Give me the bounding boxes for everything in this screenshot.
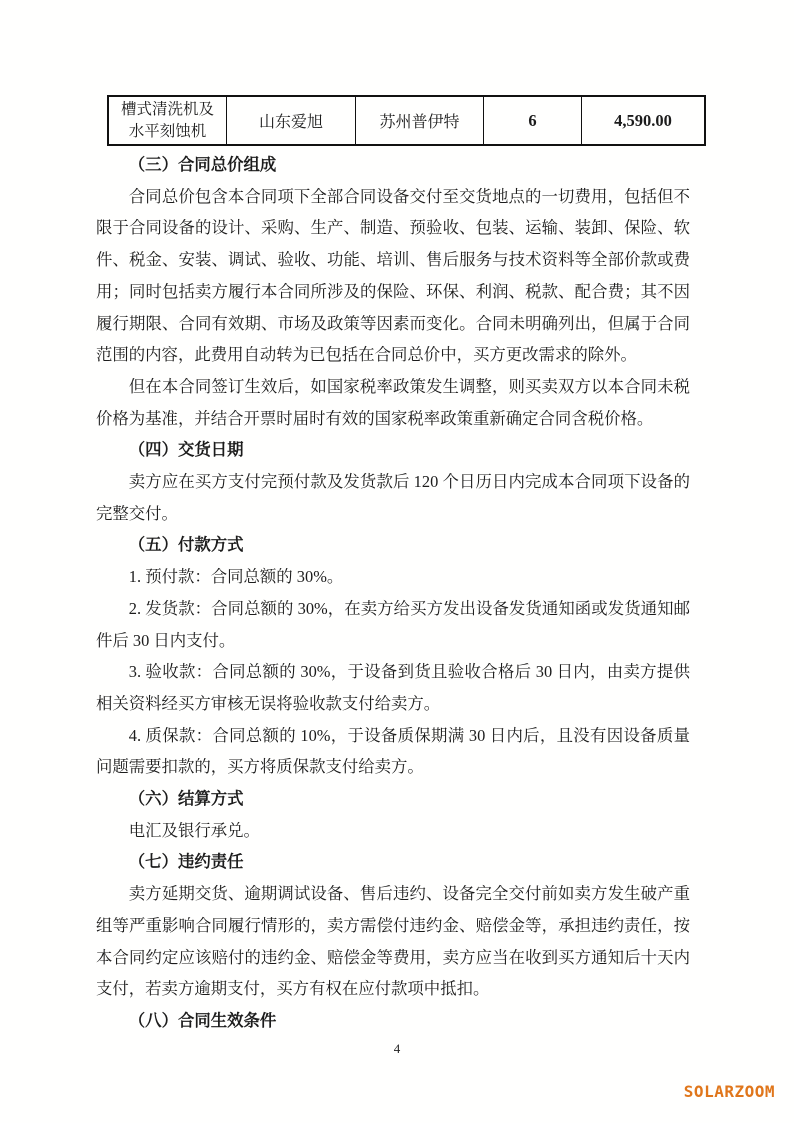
payment-item-acceptance: 3. 验收款：合同总额的 30%，于设备到货且验收合格后 30 日内，由卖方提供… <box>96 656 690 719</box>
contract-body-text: （三）合同总价组成 合同总价包含本合同项下全部合同设备交付至交货地点的一切费用，… <box>96 149 690 1037</box>
paragraph-settlement: 电汇及银行承兑。 <box>96 815 690 847</box>
equipment-continuation-table: 槽式清洗机及 水平刻蚀机 山东爱旭 苏州普伊特 6 4,590.00 <box>107 95 706 146</box>
table-cell-quantity: 6 <box>484 96 582 145</box>
table-cell-amount: 4,590.00 <box>582 96 706 145</box>
device-name-line1: 槽式清洗机及 <box>121 101 214 118</box>
payment-item-advance: 1. 预付款：合同总额的 30%。 <box>96 561 690 593</box>
solarzoom-watermark: SOLARZOOM <box>684 1082 775 1101</box>
section-heading-delivery-date: （四）交货日期 <box>96 434 690 466</box>
section-heading-payment-terms: （五）付款方式 <box>96 529 690 561</box>
table-cell-device-name: 槽式清洗机及 水平刻蚀机 <box>108 96 227 145</box>
section-heading-total-price: （三）合同总价组成 <box>96 149 690 181</box>
paragraph-total-price-1: 合同总价包含本合同项下全部合同设备交付至交货地点的一切费用，包括但不限于合同设备… <box>96 181 690 371</box>
table-cell-buyer: 山东爱旭 <box>227 96 356 145</box>
contract-document-page: 槽式清洗机及 水平刻蚀机 山东爱旭 苏州普伊特 6 4,590.00 （三）合同… <box>0 0 794 1123</box>
table-cell-seller: 苏州普伊特 <box>356 96 484 145</box>
section-heading-settlement: （六）结算方式 <box>96 783 690 815</box>
paragraph-delivery-date: 卖方应在买方支付完预付款及发货款后 120 个日历日内完成本合同项下设备的完整交… <box>96 466 690 529</box>
payment-item-warranty: 4. 质保款：合同总额的 10%，于设备质保期满 30 日内后，且没有因设备质量… <box>96 720 690 783</box>
paragraph-total-price-2: 但在本合同签订生效后，如国家税率政策发生调整，则买卖双方以本合同未税价格为基准，… <box>96 371 690 434</box>
section-heading-effectiveness: （八）合同生效条件 <box>96 1005 690 1037</box>
table-row: 槽式清洗机及 水平刻蚀机 山东爱旭 苏州普伊特 6 4,590.00 <box>108 96 705 145</box>
page-number: 4 <box>0 1041 794 1057</box>
paragraph-breach-liability: 卖方延期交货、逾期调试设备、售后违约、设备完全交付前如卖方发生破产重组等严重影响… <box>96 878 690 1005</box>
device-name-line2: 水平刻蚀机 <box>129 123 207 140</box>
section-heading-breach-liability: （七）违约责任 <box>96 846 690 878</box>
payment-item-shipment: 2. 发货款：合同总额的 30%，在卖方给买方发出设备发货通知函或发货通知邮件后… <box>96 593 690 656</box>
